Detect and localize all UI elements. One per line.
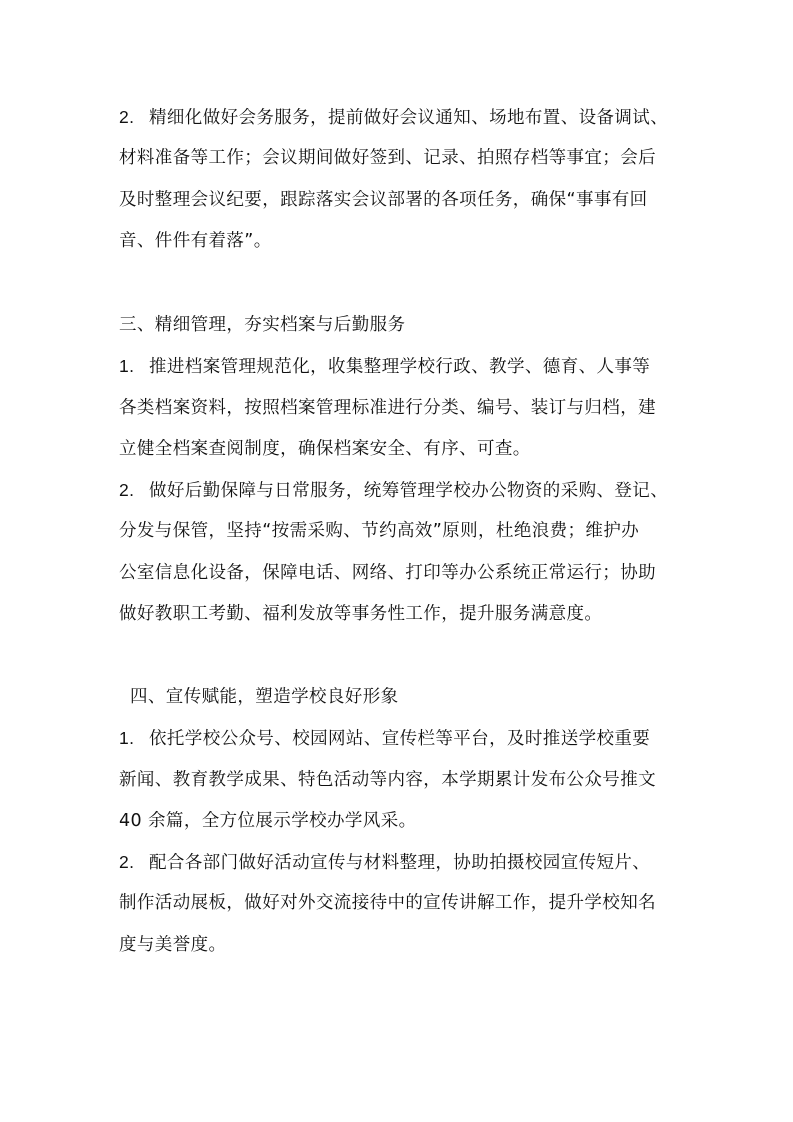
list-number: 2. — [119, 479, 149, 501]
paragraph-line: 音、件件有着落”。 — [119, 230, 272, 252]
paragraph-line: 公室信息化设备，保障电话、网络、打印等办公系统正常运行；协助 — [119, 562, 656, 584]
paragraph-line: 分发与保管，坚持“按需采购、节约高效”原则，杜绝浪费；维护办 — [119, 520, 639, 542]
paragraph-line: 2.精细化做好会务服务，提前做好会议通知、场地布置、设备调试、 — [119, 106, 668, 129]
text-line: 推进档案管理规范化，收集整理学校行政、教学、德育、人事等 — [149, 357, 650, 377]
text-line: 依托学校公众号、校园网站、宣传栏等平台，及时推送学校重要 — [149, 729, 650, 749]
list-number: 1. — [119, 727, 149, 749]
paragraph-line: 制作活动展板，做好对外交流接待中的宣传讲解工作，提升学校知名 — [119, 892, 656, 914]
section-heading: 四、宣传赋能，塑造学校良好形象 — [130, 686, 399, 708]
document-page: 2.精细化做好会务服务，提前做好会议通知、场地布置、设备调试、 材料准备等工作；… — [0, 0, 793, 1122]
paragraph-line: 做好教职工考勤、福利发放等事务性工作，提升服务满意度。 — [119, 603, 602, 625]
paragraph-line: 1.推进档案管理规范化，收集整理学校行政、教学、德育、人事等 — [119, 355, 650, 378]
paragraph-line: 2.做好后勤保障与日常服务，统筹管理学校办公物资的采购、登记、 — [119, 479, 668, 502]
text-line: 做好后勤保障与日常服务，统筹管理学校办公物资的采购、登记、 — [149, 481, 668, 501]
text-line: 配合各部门做好活动宣传与材料整理，协助拍摄校园宣传短片、 — [149, 853, 650, 873]
paragraph-line: 度与美誉度。 — [119, 934, 226, 956]
section-heading: 三、精细管理，夯实档案与后勤服务 — [119, 314, 405, 336]
paragraph-line: 各类档案资料，按照档案管理标准进行分类、编号、装订与归档，建 — [119, 397, 656, 419]
paragraph-line: 材料准备等工作；会议期间做好签到、记录、拍照存档等事宜；会后 — [119, 147, 656, 169]
text-line: 精细化做好会务服务，提前做好会议通知、场地布置、设备调试、 — [149, 108, 668, 128]
paragraph-line: 及时整理会议纪要，跟踪落实会议部署的各项任务，确保“事事有回 — [119, 189, 648, 211]
list-number: 2. — [119, 851, 149, 873]
paragraph-line: 立健全档案查阅制度，确保档案安全、有序、可查。 — [119, 438, 531, 460]
paragraph-line: 40 余篇，全方位展示学校办学风采。 — [119, 810, 417, 832]
paragraph-line: 2.配合各部门做好活动宣传与材料整理，协助拍摄校园宣传短片、 — [119, 851, 650, 874]
list-number: 1. — [119, 355, 149, 377]
paragraph-line: 1.依托学校公众号、校园网站、宣传栏等平台，及时推送学校重要 — [119, 727, 650, 750]
paragraph-line: 新闻、教育教学成果、特色活动等内容，本学期累计发布公众号推文 — [119, 769, 656, 791]
list-number: 2. — [119, 106, 149, 128]
